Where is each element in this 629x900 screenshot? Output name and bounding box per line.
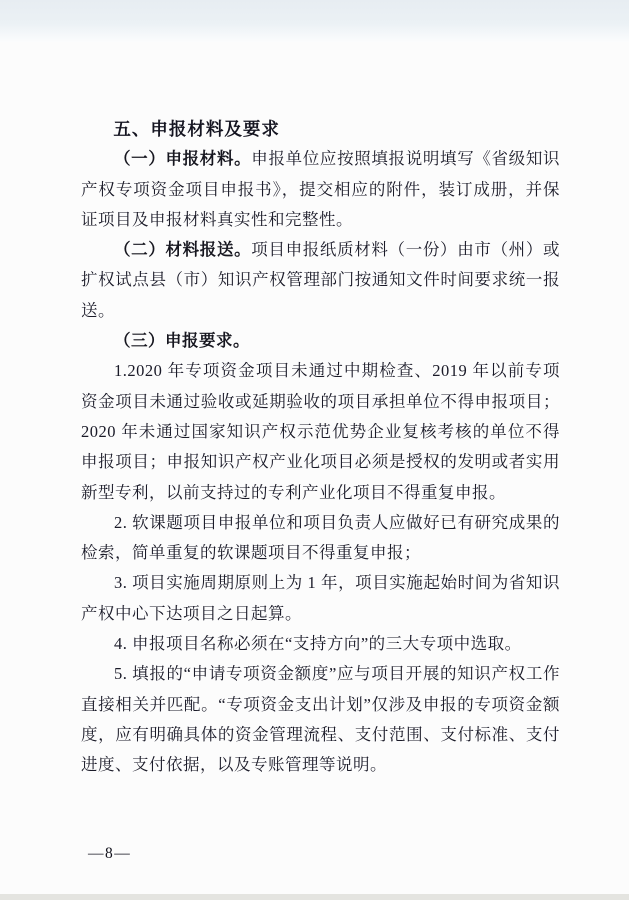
- requirement-item-2: 2. 软课题项目申报单位和项目负责人应做好已有研究成果的检索，简单重复的软课题项…: [81, 508, 560, 569]
- paragraph-label-2: （二）材料报送。: [114, 241, 251, 259]
- section-heading: 五、申报材料及要求: [81, 114, 560, 144]
- page-number: —8—: [88, 845, 131, 863]
- scan-artifact-top-band: [0, 0, 629, 42]
- requirement-item-3: 3. 项目实施周期原则上为 1 年，项目实施起始时间为省知识产权中心下达项目之日…: [81, 568, 560, 629]
- paragraph-label-1: （一）申报材料。: [114, 150, 251, 168]
- requirement-item-1: 1.2020 年专项资金项目未通过中期检查、2019 年以前专项资金项目未通过验…: [81, 356, 560, 507]
- document-page: 五、申报材料及要求 （一）申报材料。申报单位应按照填报说明填写《省级知识产权专项…: [0, 0, 629, 900]
- scan-artifact-bottom-band: [0, 894, 629, 900]
- paragraph-label-3: （三）申报要求。: [114, 332, 250, 350]
- paragraph-application-requirements: （三）申报要求。: [81, 326, 560, 356]
- requirement-item-4: 4. 申报项目名称必须在“支持方向”的三大专项中选取。: [81, 629, 560, 659]
- paragraph-application-materials: （一）申报材料。申报单位应按照填报说明填写《省级知识产权专项资金项目申报书》，提…: [81, 144, 560, 235]
- document-content: 五、申报材料及要求 （一）申报材料。申报单位应按照填报说明填写《省级知识产权专项…: [81, 114, 560, 781]
- requirement-item-5: 5. 填报的“申请专项资金额度”应与项目开展的知识产权工作直接相关并匹配。“专项…: [81, 659, 560, 780]
- paragraph-material-submission: （二）材料报送。项目申报纸质材料（一份）由市（州）或扩权试点县（市）知识产权管理…: [81, 235, 560, 326]
